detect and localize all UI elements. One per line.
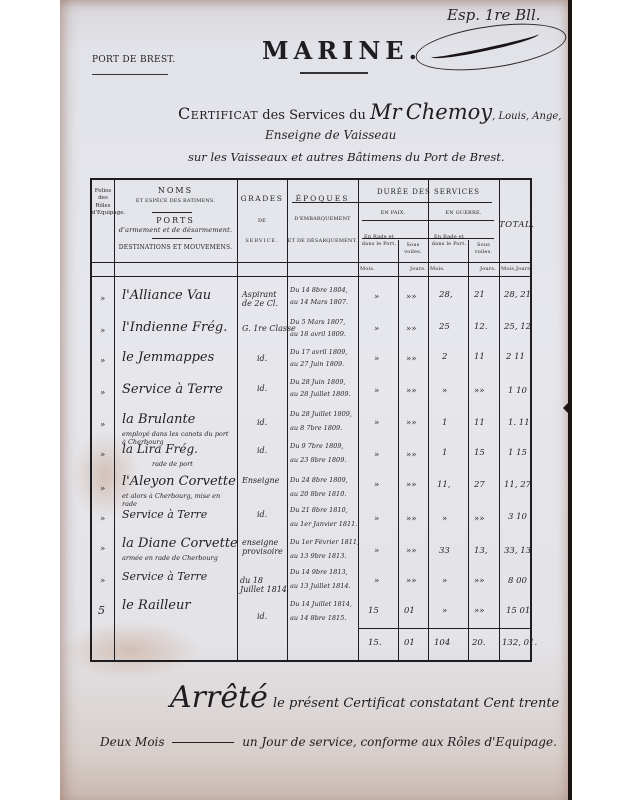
grade: id. [257,354,267,363]
column-divider [358,180,359,660]
page-title: MARINE. [262,36,422,65]
date-from: Du 21 8bre 1810, [290,504,348,516]
date-from: Du 9 7bre 1809, [290,440,344,452]
total: 11, 27 [504,480,531,490]
guerre-jours: 27 [474,480,485,490]
date-to: au 28 Juillet 1809. [290,388,351,400]
ship-name: la Brulante [122,412,195,427]
date-to: au 14 Mars 1807. [290,296,348,308]
grade: id. [257,446,267,455]
divider [300,72,368,74]
paix-mois: » [374,418,379,428]
date-from: Du 14 Juillet 1814, [290,598,352,610]
header-noms-sub: ET ESPÈCE DES BATIMENS. [114,198,237,205]
paix-mois: » [374,292,379,302]
paix-jours: »» [406,292,416,302]
header-divider [92,262,530,263]
ship-note: rade de port [152,460,193,468]
header-epoques-des: ET DE DÉSARQUEMENT. [287,238,358,245]
paix-mois: 15 [368,606,379,616]
total-guerre-mois: 104 [434,638,450,648]
guerre-jours: »» [474,386,484,396]
header-mois: Mois. [501,266,516,273]
total: 3 10 [508,512,527,522]
header-subrule [152,212,192,213]
grade: Aspirant de 2e Cl. [242,290,286,308]
total: 2 11 [506,352,525,362]
folio: » [100,576,105,586]
column-divider [237,180,238,660]
header-noms: NOMS [114,186,237,197]
surname: Chemoy [406,100,492,124]
header-en-rade: En Rade et dans le Port. [360,234,398,248]
closing-arrete: Arrêté [170,680,268,715]
port-label: PORT DE BREST. [92,55,175,65]
header-epoques: ÉPOQUES [287,194,358,204]
header-divider [92,276,530,277]
guerre-mois: » [442,576,447,586]
date-to: au 18 avril 1809. [290,328,346,340]
paix-jours: »» [406,514,416,524]
given-names: , Louis, Ange, [492,111,561,122]
date-to: au 1er Janvier 1811. [290,518,357,530]
paix-mois: » [374,324,379,334]
column-divider [499,180,500,660]
header-jours: Jours. [410,266,426,273]
paix-jours: »» [406,546,416,556]
paix-mois: » [374,386,379,396]
header-sous-voiles: Sous voiles. [468,242,499,256]
ship-note: et alors à Cherbourg, mise en rade [122,492,236,508]
guerre-jours: »» [474,576,484,586]
guerre-mois: 1 [442,418,447,428]
service-table: Folios des Rôles d'Equipage. NOMS ET ESP… [90,178,532,662]
total-guerre-jours: 20. [472,638,486,648]
header-en-paix: EN PAIX. [358,210,428,217]
guerre-mois: » [442,606,447,616]
date-to: au 20 8bre 1810. [290,488,346,500]
closing-months: Deux Mois [100,735,165,749]
grand-total: 132, 01. [502,638,537,648]
header-ports-sub: d'armement et de désarmement. [114,226,237,235]
date-to: au 13 Juillet 1814. [290,580,351,592]
grade: Enseigne [242,476,279,485]
folio: » [100,544,105,554]
honorific: Mr [370,100,402,124]
grade: du 18 Juillet 1814 [240,576,288,594]
date-from: Du 17 avril 1809, [290,346,347,358]
date-to: au 27 Juin 1809. [290,358,344,370]
grade: enseigne provisoire [242,538,286,556]
grade: id. [257,612,267,621]
total: 1. 11 [508,418,530,428]
header-en-rade: En Rade et dans le Port. [430,234,468,248]
guerre-mois: 33 [439,546,450,556]
ship-name: Service à Terre [122,570,207,583]
folio: » [100,514,105,524]
header-folios: Folios des Rôles d'Equipage. [92,188,114,218]
total: 15 01 [506,606,530,616]
folio: » [100,356,105,366]
header-total: TOTAL. [499,220,534,231]
ship-name: la Lira Frég. [122,442,198,456]
paix-mois: » [374,450,379,460]
date-from: Du 5 Mars 1807, [290,316,345,328]
guerre-mois: 25 [439,322,450,332]
certificate-label: Certificat [178,104,258,123]
grade: id. [257,418,267,427]
total: 1 15 [508,448,527,458]
ship-name: la Diane Corvette [122,536,238,551]
guerre-mois: 28, [439,290,453,300]
paix-mois: » [374,480,379,490]
closing-dash [172,742,234,743]
header-jours: Jours. [480,266,496,273]
totals-divider [358,628,530,629]
paix-mois: » [374,546,379,556]
date-from: Du 14 9bre 1813, [290,566,348,578]
guerre-jours: 21 [474,290,485,300]
guerre-jours: 11 [474,418,485,428]
date-from: Du 24 8bre 1809, [290,474,348,486]
folio: 5 [98,604,105,617]
guerre-jours: 13, [474,546,488,556]
header-destinations: DESTINATIONS ET MOUVEMENS. [114,244,237,252]
grade: id. [257,510,267,519]
date-from: Du 28 Juillet 1809, [290,408,352,420]
guerre-jours: 15 [474,448,485,458]
folio: » [100,420,105,430]
certificate-line: Certificat des Services du Mr Chemoy, Lo… [178,100,561,124]
paix-jours: »» [406,324,416,334]
header-subrule [152,238,192,239]
divider [92,74,168,76]
guerre-jours: 12. [474,322,488,332]
header-mois: Mois. [430,266,445,273]
guerre-mois: » [442,514,447,524]
paix-jours: »» [406,450,416,460]
header-grades: GRADES [237,194,287,204]
closing-text: le présent Certificat constatant Cent tr… [273,696,559,711]
total: 25, 12 [504,322,531,332]
guerre-mois: 1 [442,448,447,458]
paix-jours: »» [406,386,416,396]
date-to: au 14 8bre 1815. [290,612,346,624]
ship-note: armée en rade de Cherbourg [122,554,232,562]
ship-name: l'Indienne Frég. [122,320,227,335]
total-paix-jours: 01 [404,638,415,648]
total-paix-mois: 15. [368,638,382,648]
header-duree: DURÉE DES SERVICES [358,188,499,197]
closing-days: un Jour de service, conforme aux Rôles d… [242,735,557,749]
total: 8 00 [508,576,527,586]
closing-line-1: Arrêté le présent Certificat constatant … [170,680,559,715]
ship-name: l'Aleyon Corvette [122,474,236,489]
paix-jours: »» [406,418,416,428]
date-from: Du 1er Février 1811, [290,536,359,548]
guerre-mois: 11, [437,480,451,490]
ship-name: Service à Terre [122,382,223,397]
grade: G. 1re Classe [242,324,296,333]
folio: » [100,294,105,304]
closing-line-2: Deux Mois un Jour de service, conforme a… [100,735,557,749]
ship-name: le Jemmappes [122,350,214,365]
paix-jours: 01 [404,606,415,616]
header-grades-de: DE [237,218,287,225]
folio: » [100,484,105,494]
paix-jours: »» [406,354,416,364]
header-en-guerre: EN GUERRE. [428,210,499,217]
total: 28, 21 [504,290,531,300]
paix-jours: »» [406,576,416,586]
header-jours: Jours. [516,266,532,273]
column-divider [468,240,469,660]
paper-edge-notch [563,400,571,416]
date-from: Du 28 Juin 1809, [290,376,346,388]
header-subrule [362,220,494,221]
guerre-mois: » [442,386,447,396]
guerre-jours: »» [474,606,484,616]
total: 1 10 [508,386,527,396]
corner-annotation: Esp. 1re Bll. [447,6,541,24]
header-grades-service: SERVICE. [237,238,287,245]
column-divider [398,240,399,660]
paix-jours: »» [406,480,416,490]
paix-mois: » [374,354,379,364]
paix-mois: » [374,576,379,586]
folio: » [100,450,105,460]
paix-mois: » [374,514,379,524]
total: 33, 13 [504,546,531,556]
folio: » [100,326,105,336]
folio: » [100,388,105,398]
date-to: au 8 7bre 1809. [290,422,342,434]
rank: Enseigne de Vaisseau [265,128,396,142]
grade: id. [257,384,267,393]
date-to: au 13 9bre 1813. [290,550,346,562]
certificate-middle: des Services du [262,108,366,123]
subtitle: sur les Vaisseaux et autres Bâtimens du … [188,150,505,164]
ship-name: Service à Terre [122,508,207,521]
guerre-mois: 2 [442,352,447,362]
header-epoques-emb: D'EMBARQUEMENT [287,216,358,223]
header-sous-voiles: Sous voiles. [398,242,428,256]
column-divider [428,180,429,660]
date-to: au 23 8bre 1809. [290,454,346,466]
guerre-jours: 11 [474,352,485,362]
ship-name: le Railleur [122,598,191,613]
date-from: Du 14 8bre 1804, [290,284,348,296]
ship-name: l'Alliance Vau [122,288,211,303]
header-mois: Mois. [360,266,375,273]
guerre-jours: »» [474,514,484,524]
